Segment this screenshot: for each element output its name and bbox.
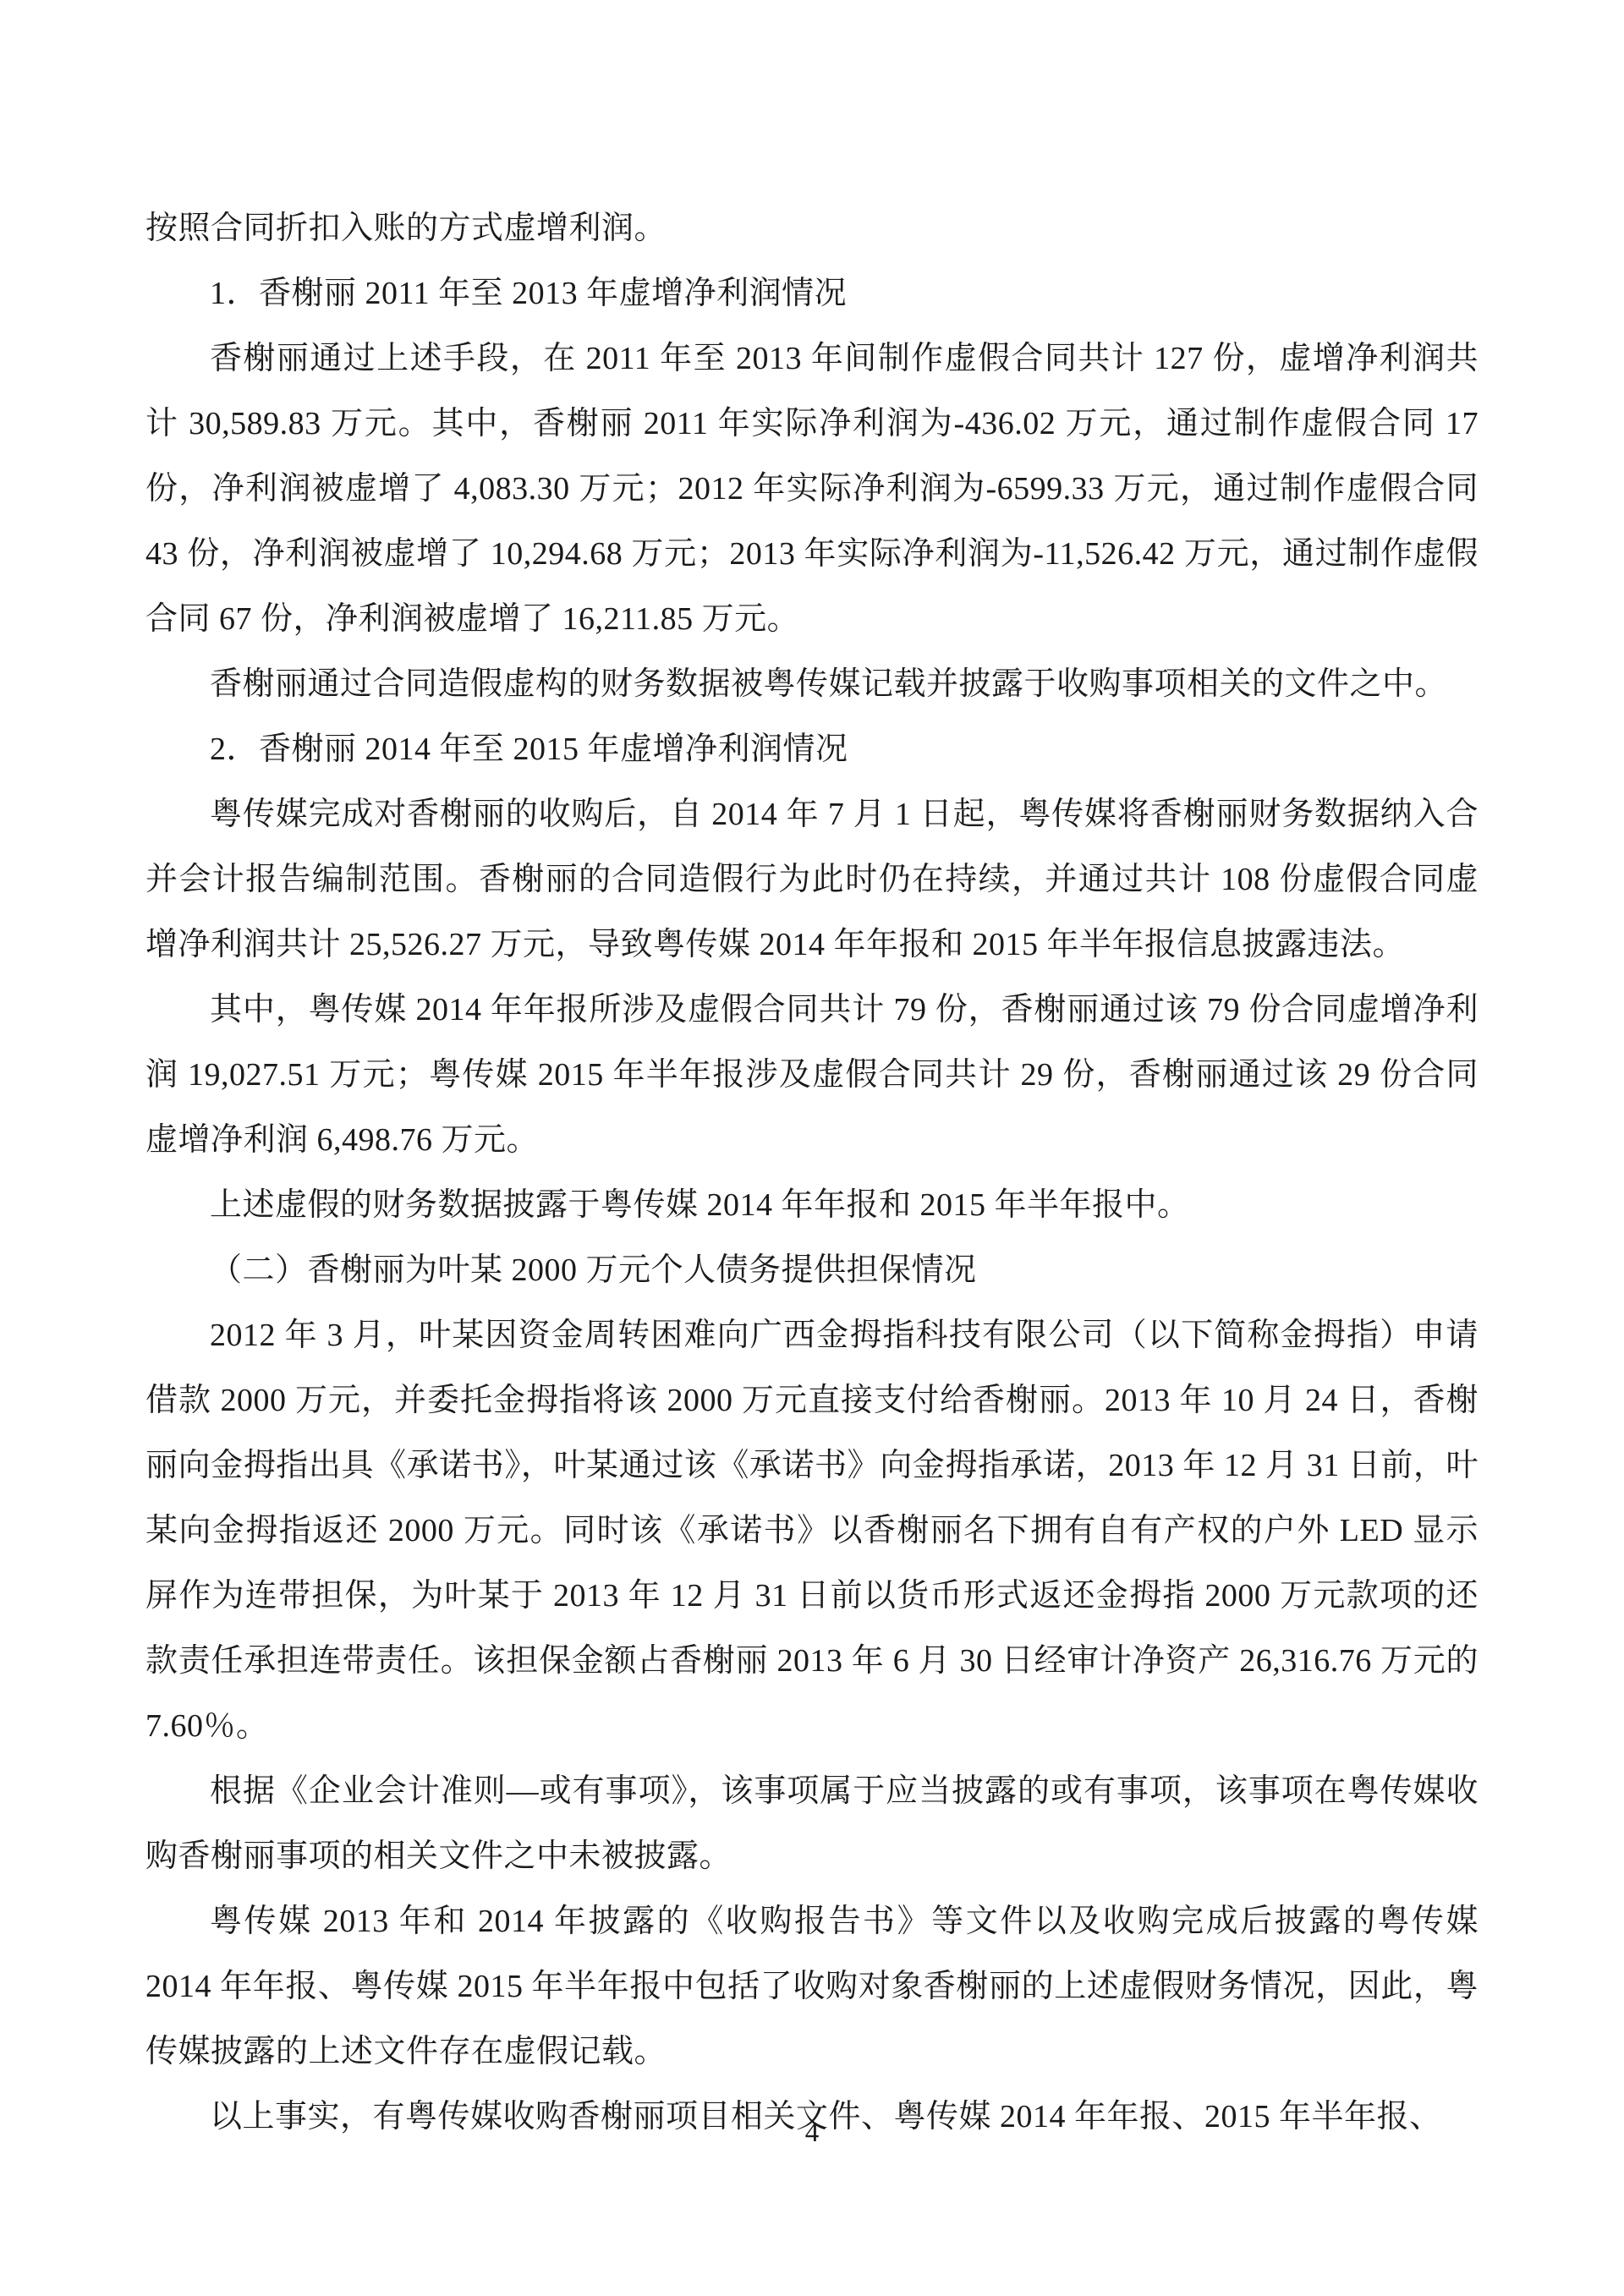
document-page: 按照合同折扣入账的方式虚增利润。 1．香榭丽 2011 年至 2013 年虚增净… (0, 0, 1624, 2296)
document-body: 按照合同折扣入账的方式虚增利润。 1．香榭丽 2011 年至 2013 年虚增净… (145, 196, 1479, 2150)
paragraph-false-records: 粤传媒 2013 年和 2014 年披露的《收购报告书》等文件以及收购完成后披露… (145, 1889, 1479, 2085)
numbered-heading-1: 1．香榭丽 2011 年至 2013 年虚增净利润情况 (145, 261, 1479, 326)
paragraph-annual-reports: 其中，粤传媒 2014 年年报所涉及虚假合同共计 79 份，香榭丽通过该 79 … (145, 978, 1479, 1173)
paragraph-false-data: 上述虚假的财务数据披露于粤传媒 2014 年年报和 2015 年半年报中。 (145, 1173, 1479, 1238)
paragraph-acquisition: 粤传媒完成对香榭丽的收购后，自 2014 年 7 月 1 日起，粤传媒将香榭丽财… (145, 782, 1479, 978)
page-number: 4 (0, 2116, 1624, 2150)
numbered-heading-2: 2．香榭丽 2014 年至 2015 年虚增净利润情况 (145, 717, 1479, 782)
paragraph-loan-guarantee: 2012 年 3 月，叶某因资金周转困难向广西金拇指科技有限公司（以下简称金拇指… (145, 1303, 1479, 1759)
paragraph-disclosure-note: 香榭丽通过合同造假虚构的财务数据被粤传媒记载并披露于收购事项相关的文件之中。 (145, 652, 1479, 717)
section-heading-guarantee: （二）香榭丽为叶某 2000 万元个人债务提供担保情况 (145, 1238, 1479, 1303)
paragraph-accounting-rule: 根据《企业会计准则—或有事项》，该事项属于应当披露的或有事项，该事项在粤传媒收购… (145, 1759, 1479, 1889)
paragraph-continuation: 按照合同折扣入账的方式虚增利润。 (145, 196, 1479, 261)
paragraph-2011-2013-detail: 香榭丽通过上述手段，在 2011 年至 2013 年间制作虚假合同共计 127 … (145, 326, 1479, 652)
